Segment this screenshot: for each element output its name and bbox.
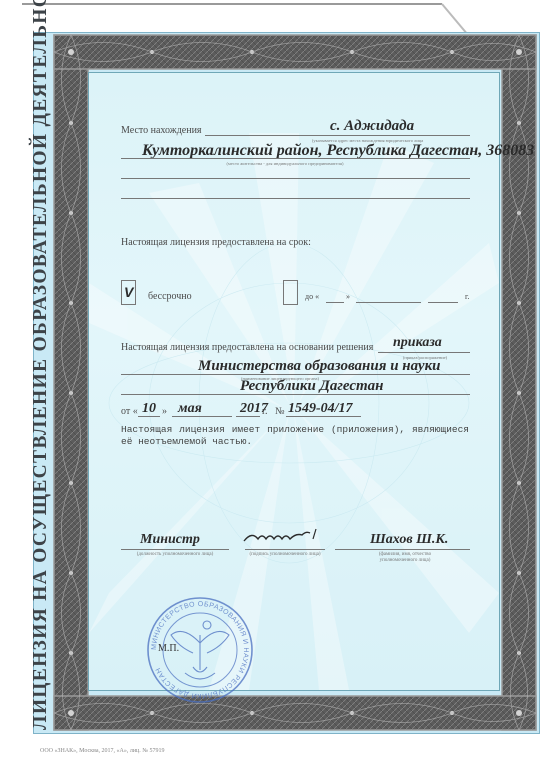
signatory-name: Шахов Ш.К. [370,532,448,548]
signature-line [245,549,325,550]
date-prefix: от « [121,406,138,417]
date-day-close: » [162,406,167,417]
position-caption: (должность уполномоченного лица) [130,552,220,558]
location-line-2 [121,158,470,159]
term-until-prefix: до « [305,292,319,301]
location-line-4 [121,198,470,199]
authority-line-1-rule [121,374,470,375]
location-caption-2: (место жительства - для индивидуального … [200,161,370,167]
term-until-month-line[interactable] [356,302,421,303]
check-mark-icon: V [124,284,133,300]
authority-line-2: Республики Дагестан [240,378,383,395]
term-unlimited-checkbox[interactable]: V [121,280,136,305]
decision-month: мая [178,401,202,417]
term-until-checkbox[interactable] [283,280,298,305]
term-until-day-line[interactable] [326,302,344,303]
name-caption: (фамилия, имя, отчество уполномоченного … [360,552,450,564]
number-prefix: № [275,406,285,417]
decision-day: 10 [142,401,156,417]
decision-month-line [172,416,232,417]
decision-type-line [378,352,470,353]
year-suffix: г. [262,406,267,417]
location-line-3 [121,178,470,179]
term-until-year-line[interactable] [428,302,458,303]
decision-number-line [286,416,361,417]
printer-imprint: ООО «ЗНАК», Москва, 2017, «А», лиц. № 57… [40,748,164,754]
eagle-emblem-icon [171,621,229,679]
signatory-position: Министр [140,532,200,548]
decision-day-line [138,416,160,417]
basis-label: Настоящая лицензия предоставлена на осно… [121,342,373,353]
page-edge-line [22,3,442,5]
appendix-note: Настоящая лицензия имеет приложение (при… [121,424,469,448]
authority-line-1: Министерства образования и науки [198,358,441,375]
decision-year-line [236,416,260,417]
term-until-suffix: г. [465,292,469,301]
term-until-mid: » [346,292,350,301]
side-title: ЛИЦЕНЗИЯ НА ОСУЩЕСТВЛЕНИЕ ОБРАЗОВАТЕЛЬНО… [30,30,52,730]
location-label: Место нахождения [121,125,202,136]
decision-number: 1549-04/17 [288,401,353,417]
term-label: Настоящая лицензия предоставлена на срок… [121,237,311,248]
decision-type: приказа [393,335,442,351]
term-unlimited-label: бессрочно [148,291,192,302]
stamp-place-label: М.П. [158,643,179,654]
location-value-1: с. Аджидада [330,118,414,135]
location-line-1 [205,135,470,136]
signature-caption: (подпись уполномоченного лица) [245,552,325,558]
authority-line-2-rule [121,394,470,395]
position-line [121,549,229,550]
handwritten-signature [240,525,325,547]
name-line [335,549,470,550]
